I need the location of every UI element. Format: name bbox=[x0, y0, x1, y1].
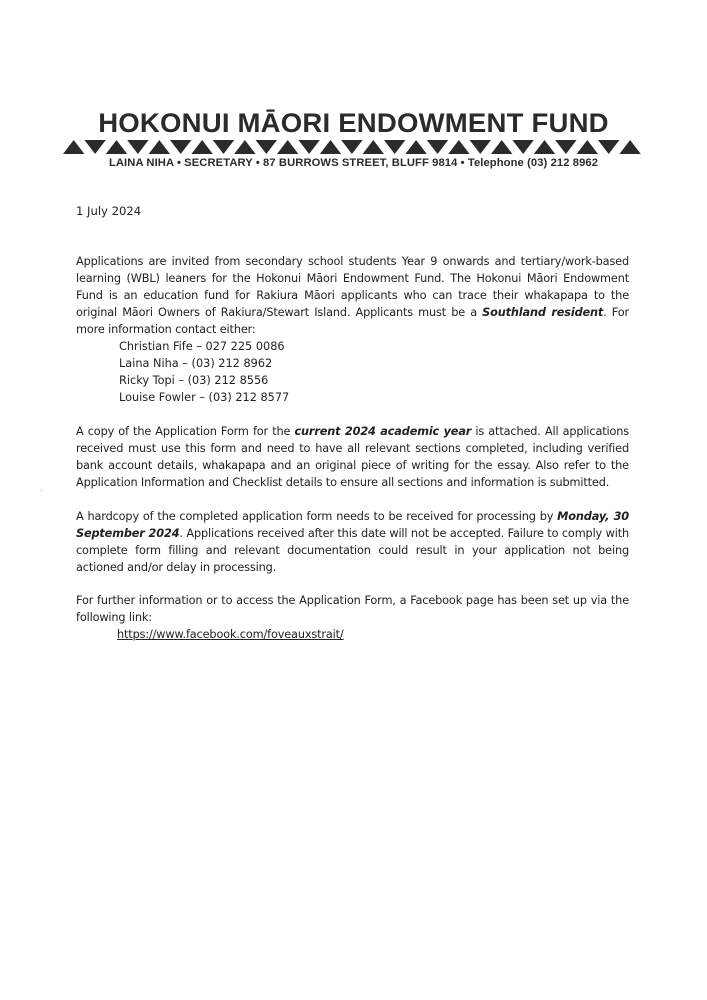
contact-item: Laina Niha – (03) 212 8962 bbox=[119, 355, 289, 372]
paragraph-text: A hardcopy of the completed application … bbox=[76, 510, 557, 523]
contact-item: Ricky Topi – (03) 212 8556 bbox=[119, 372, 289, 389]
fund-title: HOKONUI MĀORI ENDOWMENT FUND bbox=[0, 108, 707, 138]
facebook-link[interactable]: https://www.facebook.com/foveauxstrait/ bbox=[117, 628, 344, 641]
contact-item: Christian Fife – 027 225 0086 bbox=[119, 338, 289, 355]
triangle-pattern-icon bbox=[63, 139, 641, 155]
letterhead: HOKONUI MĀORI ENDOWMENT FUND bbox=[0, 108, 707, 138]
scan-speck bbox=[41, 490, 42, 491]
paragraph-invitation: Applications are invited from secondary … bbox=[76, 253, 629, 338]
paragraph-deadline: A hardcopy of the completed application … bbox=[76, 508, 629, 576]
emphasis-southland-resident: Southland resident bbox=[482, 306, 603, 319]
paragraph-facebook: For further information or to access the… bbox=[76, 592, 629, 643]
letterhead-contact-line: LAINA NIHA • SECRETARY • 87 BURROWS STRE… bbox=[0, 157, 707, 169]
paragraph-text: For further information or to access the… bbox=[76, 594, 629, 624]
emphasis-academic-year: current 2024 academic year bbox=[294, 425, 471, 438]
paragraph-application-form: A copy of the Application Form for the c… bbox=[76, 423, 629, 491]
contact-item: Louise Fowler – (03) 212 8577 bbox=[119, 389, 289, 406]
letter-date: 1 July 2024 bbox=[76, 203, 141, 220]
contact-list: Christian Fife – 027 225 0086 Laina Niha… bbox=[119, 338, 289, 406]
paragraph-text: A copy of the Application Form for the bbox=[76, 425, 294, 438]
